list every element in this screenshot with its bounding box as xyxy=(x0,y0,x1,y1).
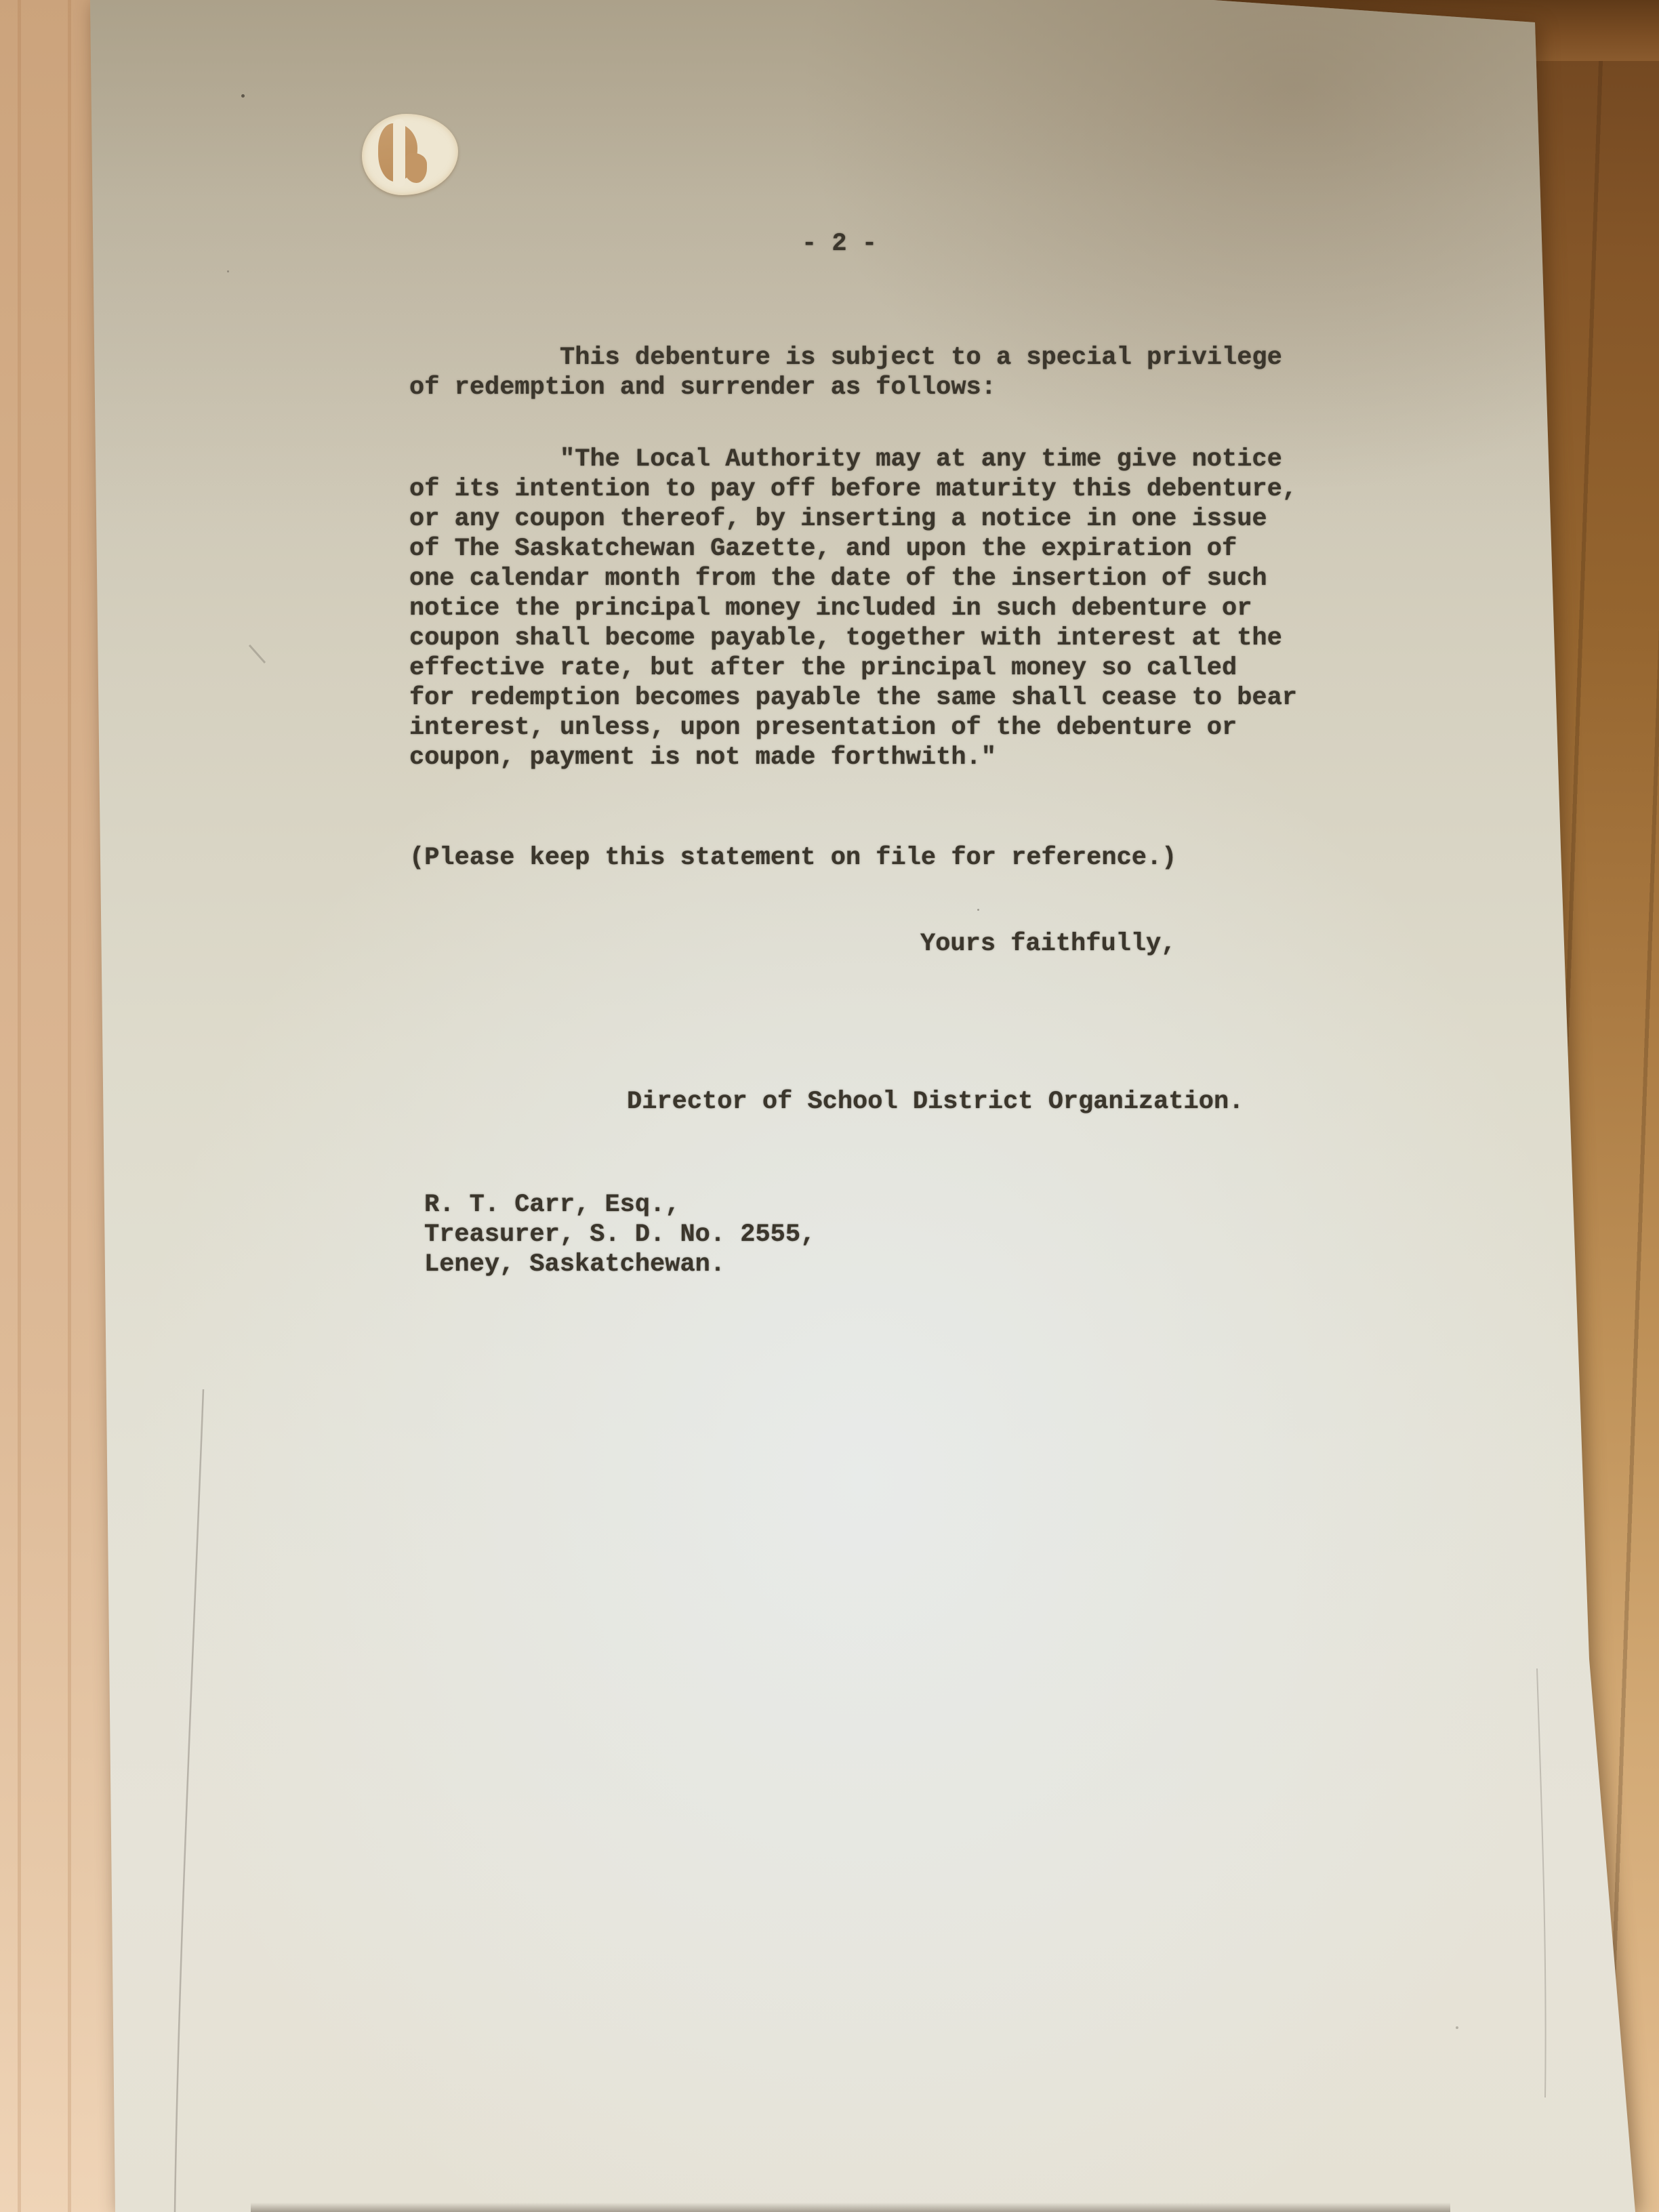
intro-paragraph: This debenture is subject to a special p… xyxy=(409,343,1282,403)
quoted-redemption-clause: "The Local Authority may at any time giv… xyxy=(409,445,1297,773)
letter-page: - 2 - This debenture is subject to a spe… xyxy=(0,0,1659,2212)
photo-of-typewritten-letter: - 2 - This debenture is subject to a spe… xyxy=(0,0,1659,2212)
paper-shadow-wrapper: - 2 - This debenture is subject to a spe… xyxy=(0,0,1659,2212)
file-reference-note: (Please keep this statement on file for … xyxy=(409,843,1176,873)
closing-salutation: Yours faithfully, xyxy=(920,929,1176,959)
signature-title: Director of School District Organization… xyxy=(627,1087,1244,1117)
page-number: - 2 - xyxy=(802,229,877,259)
photo-bottom-edge-shadow xyxy=(251,2203,1450,2212)
recipient-address-block: R. T. Carr, Esq., Treasurer, S. D. No. 2… xyxy=(424,1190,815,1279)
